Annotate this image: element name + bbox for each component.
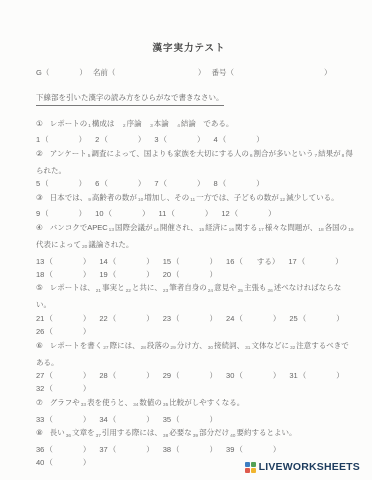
kanji-index: 31 xyxy=(245,346,250,351)
answer-number: 24 xyxy=(226,314,234,323)
answer-row: 32（） xyxy=(36,382,356,395)
answer-blank[interactable]: 36（） xyxy=(36,445,90,454)
answer-number: 30 xyxy=(226,371,234,380)
brand-text: LIVEWORKSHEETS xyxy=(259,461,360,473)
answer-number: 31 xyxy=(289,371,297,380)
name-field[interactable]: 名前（ ） xyxy=(93,68,206,77)
answer-blank[interactable]: 34（） xyxy=(99,415,153,424)
kanji-index: 5 xyxy=(88,154,91,159)
question-number: ① xyxy=(36,119,43,128)
kanji-index: 11 xyxy=(190,198,195,203)
answer-number: 26 xyxy=(36,327,44,336)
answer-blank[interactable]: 3（） xyxy=(154,135,204,144)
answer-blank[interactable]: 14（） xyxy=(99,257,153,266)
answer-number: 18 xyxy=(36,270,44,279)
answer-blank[interactable]: 13（） xyxy=(36,257,90,266)
question-sentence: ③日本では、9高齢者の数が10増加し、その11一方では、子どもの数が12減少して… xyxy=(36,191,356,208)
answer-number: 13 xyxy=(36,257,44,266)
question-number: ⑧ xyxy=(36,428,43,437)
kanji-index: 37 xyxy=(96,434,101,439)
answer-blank[interactable]: 9（） xyxy=(36,209,86,218)
grid-square-green xyxy=(251,462,256,467)
kanji-index: 35 xyxy=(163,403,168,408)
answer-number: 9 xyxy=(36,209,40,218)
kanji-index: 27 xyxy=(103,346,108,351)
kanji-index: 4 xyxy=(177,124,180,129)
grid-square-blue xyxy=(245,462,250,467)
answer-number: 23 xyxy=(163,314,171,323)
answer-number: 39 xyxy=(226,445,234,454)
answer-number: 10 xyxy=(95,209,103,218)
question-sentence: ①レポートの1構成は 2序論 3本論 4結論 である。 xyxy=(36,117,356,134)
answer-blank[interactable]: 4（） xyxy=(214,135,264,144)
question-number: ② xyxy=(36,149,43,158)
answer-blank[interactable]: 31（） xyxy=(289,371,343,380)
answer-blank[interactable]: 37（） xyxy=(99,445,153,454)
answer-blank[interactable]: 18（） xyxy=(36,270,90,279)
answer-number: 22 xyxy=(99,314,107,323)
answer-blank[interactable]: 15（） xyxy=(163,257,217,266)
answer-blank[interactable]: 17（） xyxy=(288,257,342,266)
answer-number: 21 xyxy=(36,314,44,323)
answer-number: 8 xyxy=(214,179,218,188)
kanji-index: 13 xyxy=(109,228,114,233)
question-sentence: ②アンケート5調査によって、国よりも家族を大切にする人の6割合が多いという7結果… xyxy=(36,147,356,177)
questions-list: ①レポートの1構成は 2序論 3本論 4結論 である。1（）2（）3（）4（）②… xyxy=(36,117,356,470)
answer-blank[interactable]: 27（） xyxy=(36,371,90,380)
answer-number: 25 xyxy=(289,314,297,323)
kanji-index: 30 xyxy=(208,346,213,351)
answer-number: 7 xyxy=(154,179,158,188)
answer-number: 38 xyxy=(163,445,171,454)
question-number: ⑥ xyxy=(36,341,43,350)
kanji-index: 18 xyxy=(318,228,323,233)
answer-blank[interactable]: 25（） xyxy=(289,314,343,323)
kanji-index: 34 xyxy=(133,403,138,408)
answer-number: 20 xyxy=(163,270,171,279)
question-number: ⑦ xyxy=(36,398,43,407)
grid-square-red xyxy=(245,468,250,473)
answer-blank[interactable]: 6（） xyxy=(95,179,145,188)
answer-blank[interactable]: 7（） xyxy=(154,179,204,188)
kanji-index: 26 xyxy=(267,289,272,294)
kanji-index: 36 xyxy=(66,434,71,439)
question-number: ③ xyxy=(36,193,43,202)
answer-number: 27 xyxy=(36,371,44,380)
kanji-index: 17 xyxy=(259,228,264,233)
answer-row: 18（）19（）20（） xyxy=(36,268,356,281)
kanji-index: 38 xyxy=(163,434,168,439)
kanji-index: 2 xyxy=(123,124,126,129)
answer-number: 15 xyxy=(163,257,171,266)
answer-blank[interactable]: 11（） xyxy=(159,209,213,218)
kanji-index: 39 xyxy=(193,434,198,439)
kanji-index: 3 xyxy=(150,124,153,129)
answer-number: 3 xyxy=(154,135,158,144)
question-sentence: ⑤レポートは、21事実と22と共に、23筆者自身の24意見や25主張も26述べな… xyxy=(36,281,356,311)
answer-number: 5 xyxy=(36,179,40,188)
answer-row: 36（）37（）38（）39（） xyxy=(36,443,356,456)
answer-number: 37 xyxy=(99,445,107,454)
answer-row: 33（）34（）35（） xyxy=(36,413,356,426)
answer-number: 36 xyxy=(36,445,44,454)
answer-blank[interactable]: 38（） xyxy=(163,445,217,454)
answer-number: 6 xyxy=(95,179,99,188)
answer-blank[interactable]: 1（） xyxy=(36,135,86,144)
kanji-index: 28 xyxy=(141,346,146,351)
kanji-index: 6 xyxy=(250,154,253,159)
kanji-index: 16 xyxy=(229,228,234,233)
answer-number: 11 xyxy=(159,209,167,218)
liveworksheets-grid-icon xyxy=(245,462,256,473)
kanji-index: 25 xyxy=(238,289,243,294)
answer-blank[interactable]: 23（） xyxy=(163,314,217,323)
answer-blank[interactable]: 10（） xyxy=(95,209,149,218)
answer-blank[interactable]: 39（） xyxy=(226,445,280,454)
answer-row: 1（）2（）3（）4（） xyxy=(36,133,356,146)
question-number: ④ xyxy=(36,223,43,232)
answer-row: 26（） xyxy=(36,325,356,338)
answer-blank[interactable]: 33（） xyxy=(36,415,90,424)
answer-number: 4 xyxy=(214,135,218,144)
kanji-index: 15 xyxy=(199,228,204,233)
answer-number: 33 xyxy=(36,415,44,424)
answer-row: 21（）22（）23（）24（）25（） xyxy=(36,312,356,325)
kanji-index: 22 xyxy=(126,289,131,294)
answer-blank[interactable]: 35（） xyxy=(163,415,217,424)
answer-blank[interactable]: 26（） xyxy=(36,327,90,336)
answer-number: 35 xyxy=(163,415,171,424)
kanji-index: 33 xyxy=(81,403,86,408)
kanji-index: 7 xyxy=(315,154,318,159)
grid-square-yellow xyxy=(251,468,256,473)
kanji-index: 10 xyxy=(138,198,143,203)
answer-blank[interactable]: 8（） xyxy=(214,179,264,188)
question-sentence: ⑥レポートを書く27際には、28段落の29分け方、30接続詞、31文体などに32… xyxy=(36,339,356,369)
answer-blank[interactable]: 12（） xyxy=(221,209,275,218)
answer-blank[interactable]: 29（） xyxy=(163,371,217,380)
answer-blank[interactable]: 21（） xyxy=(36,314,90,323)
answer-number: 29 xyxy=(163,371,171,380)
answer-row: 27（）28（）29（）30（）31（） xyxy=(36,369,356,382)
liveworksheets-logo[interactable]: LIVEWORKSHEETS xyxy=(245,461,360,473)
answer-blank[interactable]: 32（） xyxy=(36,384,90,393)
answer-number: 34 xyxy=(99,415,107,424)
answer-blank[interactable]: 40（） xyxy=(36,458,90,467)
instruction-text: 下線部を引いた漢字の読み方をひらがなで書きなさい。 xyxy=(36,92,224,106)
answer-number: 28 xyxy=(99,371,107,380)
answer-blank[interactable]: 22（） xyxy=(99,314,153,323)
student-info-line: G（ ） 名前（ ） 番号（ ） xyxy=(36,68,356,78)
answer-number: 40 xyxy=(36,458,44,467)
question-sentence: ⑧長い36文章を37引用する際には、38必要な39部分だけ40要約するとよい。 xyxy=(36,426,356,443)
kanji-index: 8 xyxy=(342,154,345,159)
kanji-index: 21 xyxy=(96,289,101,294)
instruction-line: 下線部を引いた漢字の読み方をひらがなで書きなさい。 xyxy=(36,87,356,106)
answer-number: 14 xyxy=(99,257,107,266)
kanji-index: 1 xyxy=(88,124,91,129)
answer-blank[interactable]: 19（） xyxy=(99,270,153,279)
answer-blank[interactable]: 30（） xyxy=(226,371,280,380)
question-number: ⑤ xyxy=(36,283,43,292)
answer-number: 17 xyxy=(288,257,296,266)
kanji-index: 23 xyxy=(163,289,168,294)
answer-number: 1 xyxy=(36,135,40,144)
answer-number: 16 xyxy=(226,257,234,266)
answer-blank[interactable]: 20（） xyxy=(163,270,217,279)
answer-number: 12 xyxy=(221,209,229,218)
kanji-index: 14 xyxy=(154,228,159,233)
kanji-index: 29 xyxy=(170,346,175,351)
answer-blank[interactable]: 24（） xyxy=(226,314,280,323)
kanji-index: 20 xyxy=(82,245,87,250)
answer-number: 32 xyxy=(36,384,44,393)
answer-blank[interactable]: 16（する） xyxy=(226,257,279,266)
answer-blank[interactable]: 2（） xyxy=(95,135,145,144)
answer-number: 2 xyxy=(95,135,99,144)
number-field[interactable]: 番号（ ） xyxy=(212,68,332,77)
answer-row: 5（）6（）7（）8（） xyxy=(36,177,356,190)
answer-row: 9（）10（）11（）12（） xyxy=(36,207,356,220)
kanji-index: 9 xyxy=(88,198,91,203)
kanji-index: 24 xyxy=(208,289,213,294)
grade-field[interactable]: G（ ） xyxy=(36,68,87,77)
kanji-index: 32 xyxy=(290,346,295,351)
kanji-index: 40 xyxy=(230,434,235,439)
answer-number: 19 xyxy=(99,270,107,279)
answer-blank[interactable]: 28（） xyxy=(99,371,153,380)
answer-blank[interactable]: 5（） xyxy=(36,179,86,188)
kanji-index: 19 xyxy=(348,228,353,233)
page-title: 漢字実力テスト xyxy=(22,40,356,54)
question-sentence: ⑦グラフや33表を使うと、34数値の35比較がしやすくなる。 xyxy=(36,396,356,413)
kanji-index: 12 xyxy=(280,198,285,203)
worksheet-page: 漢字実力テスト G（ ） 名前（ ） 番号（ ） 下線部を引いた漢字の読み方をひ… xyxy=(0,0,372,480)
answer-row: 13（）14（）15（）16（する）17（） xyxy=(36,255,356,268)
question-sentence: ④バンコクでAPEC13国際会議が14開催され、15経済に16関する17様々な問… xyxy=(36,221,356,255)
